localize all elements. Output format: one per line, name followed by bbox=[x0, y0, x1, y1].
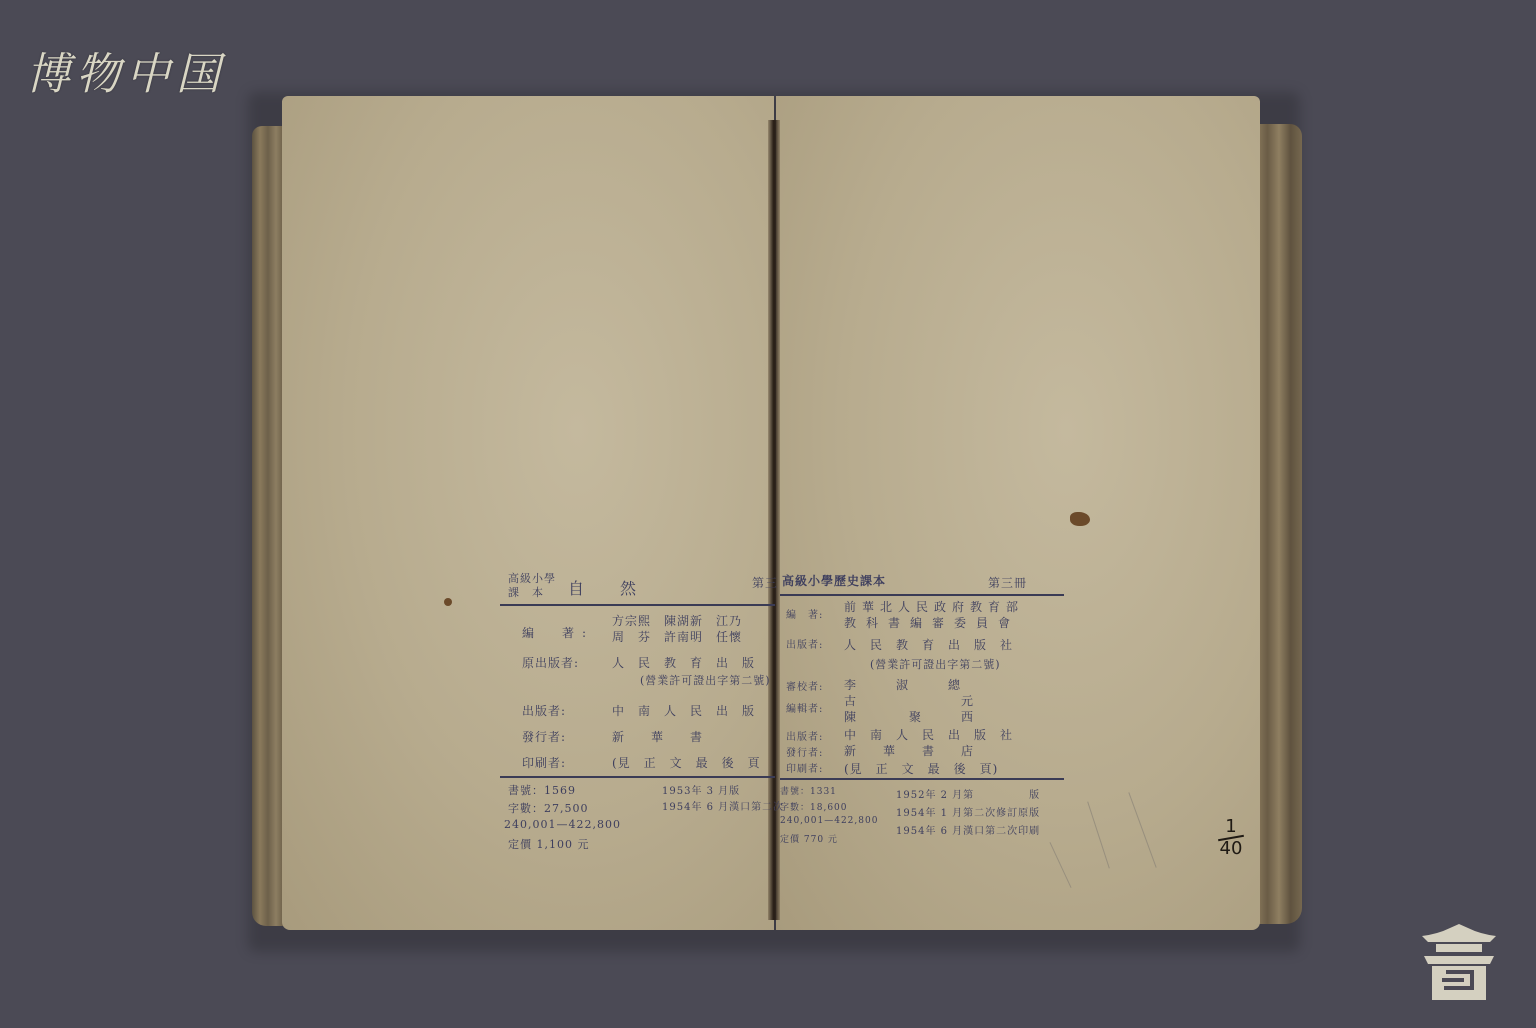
row-value: 周 芬 許南明 任懷 bbox=[612, 628, 742, 645]
stain-spot bbox=[1070, 512, 1090, 526]
row-value: (營業許可證出字第二號) bbox=[870, 656, 1001, 672]
volume-label: 第三冊 bbox=[988, 574, 1027, 591]
row-value: 人 民 教 育 出 版 bbox=[612, 654, 755, 671]
row-value: 新 華 書 bbox=[612, 728, 703, 745]
row-label: 印刷者: bbox=[522, 754, 566, 771]
book-page-edges-right bbox=[1256, 124, 1302, 924]
row-value: (見 正 文 最 後 頁 bbox=[612, 754, 761, 771]
printing-date: 1954年 6 月漢口第二次 bbox=[662, 798, 784, 813]
row-label: 出版者: bbox=[522, 702, 566, 719]
row-value: 李 淑 總 bbox=[844, 676, 961, 693]
word-count: 字數：18,600 bbox=[780, 800, 848, 813]
price: 定價 770 元 bbox=[780, 832, 838, 845]
edition-date: 1952年 2 月第 版 bbox=[896, 786, 1040, 801]
row-label: 原出版者: bbox=[522, 654, 579, 671]
edition-date: 1953年 3 月版 bbox=[662, 782, 740, 797]
volume-label: 第三 bbox=[752, 574, 778, 591]
handwritten-denominator: 40 bbox=[1220, 838, 1243, 859]
row-label: 出版者: bbox=[786, 636, 823, 651]
row-value: 中 南 人 民 出 版 bbox=[612, 702, 755, 719]
row-value: 中 南 人 民 出 版 社 bbox=[844, 726, 1013, 743]
row-label: 發行者: bbox=[522, 728, 566, 745]
row-value: 人 民 教 育 出 版 社 bbox=[844, 636, 1013, 653]
printing-date: 1954年 6 月漢口第二次印刷 bbox=[896, 822, 1040, 837]
row-value: 新 華 書 店 bbox=[844, 742, 974, 759]
pavilion-logo-icon bbox=[1416, 922, 1502, 1002]
book-title: 自 然 bbox=[568, 576, 646, 599]
right-colophon: 高級小學歷史課本 第三冊 編 著: 前華北人民政府教育部 教科書編審委員會 出版… bbox=[780, 566, 1066, 856]
book-code: 書號：1569 bbox=[508, 782, 576, 798]
row-label: 編輯者: bbox=[786, 700, 823, 715]
row-label: 審校者: bbox=[786, 678, 823, 693]
row-label: 編 著: bbox=[522, 624, 594, 641]
left-colophon: 高級小學 課 本 自 然 第三 編 著: 方宗熙 陳湖新 江乃 周 芬 許南明 … bbox=[500, 568, 775, 858]
book-code: 書號：1331 bbox=[780, 784, 837, 797]
row-label: 發行者: bbox=[786, 744, 823, 759]
handwritten-numerator: 1 bbox=[1225, 816, 1236, 837]
row-label: 印刷者: bbox=[786, 760, 823, 775]
row-value: 陳 聚 西 bbox=[844, 708, 974, 725]
revision-date: 1954年 1 月第二次修訂原版 bbox=[896, 804, 1040, 819]
row-label: 編 著: bbox=[786, 606, 823, 621]
print-run: 240,001—422,800 bbox=[504, 818, 621, 831]
row-value: (營業許可證出字第二號) bbox=[640, 672, 771, 688]
print-run: 240,001—422,800 bbox=[780, 816, 878, 826]
row-value: 方宗熙 陳湖新 江乃 bbox=[612, 612, 742, 629]
row-value: 前華北人民政府教育部 bbox=[844, 598, 1024, 615]
stain-spot bbox=[444, 598, 452, 606]
row-value: (見 正 文 最 後 頁) bbox=[844, 760, 998, 777]
price: 定價 1,100 元 bbox=[508, 836, 589, 852]
row-value: 教科書編審委員會 bbox=[844, 614, 1020, 631]
watermark-logo-text: 博物中国 bbox=[26, 38, 226, 102]
book-title: 高級小學歷史課本 bbox=[782, 572, 886, 589]
row-value: 古 元 bbox=[844, 692, 974, 709]
title-small-line2: 課 本 bbox=[508, 584, 544, 600]
row-label: 出版者: bbox=[786, 728, 823, 743]
word-count: 字數：27,500 bbox=[508, 800, 589, 816]
handwritten-page-number: 1 40 bbox=[1218, 820, 1244, 856]
